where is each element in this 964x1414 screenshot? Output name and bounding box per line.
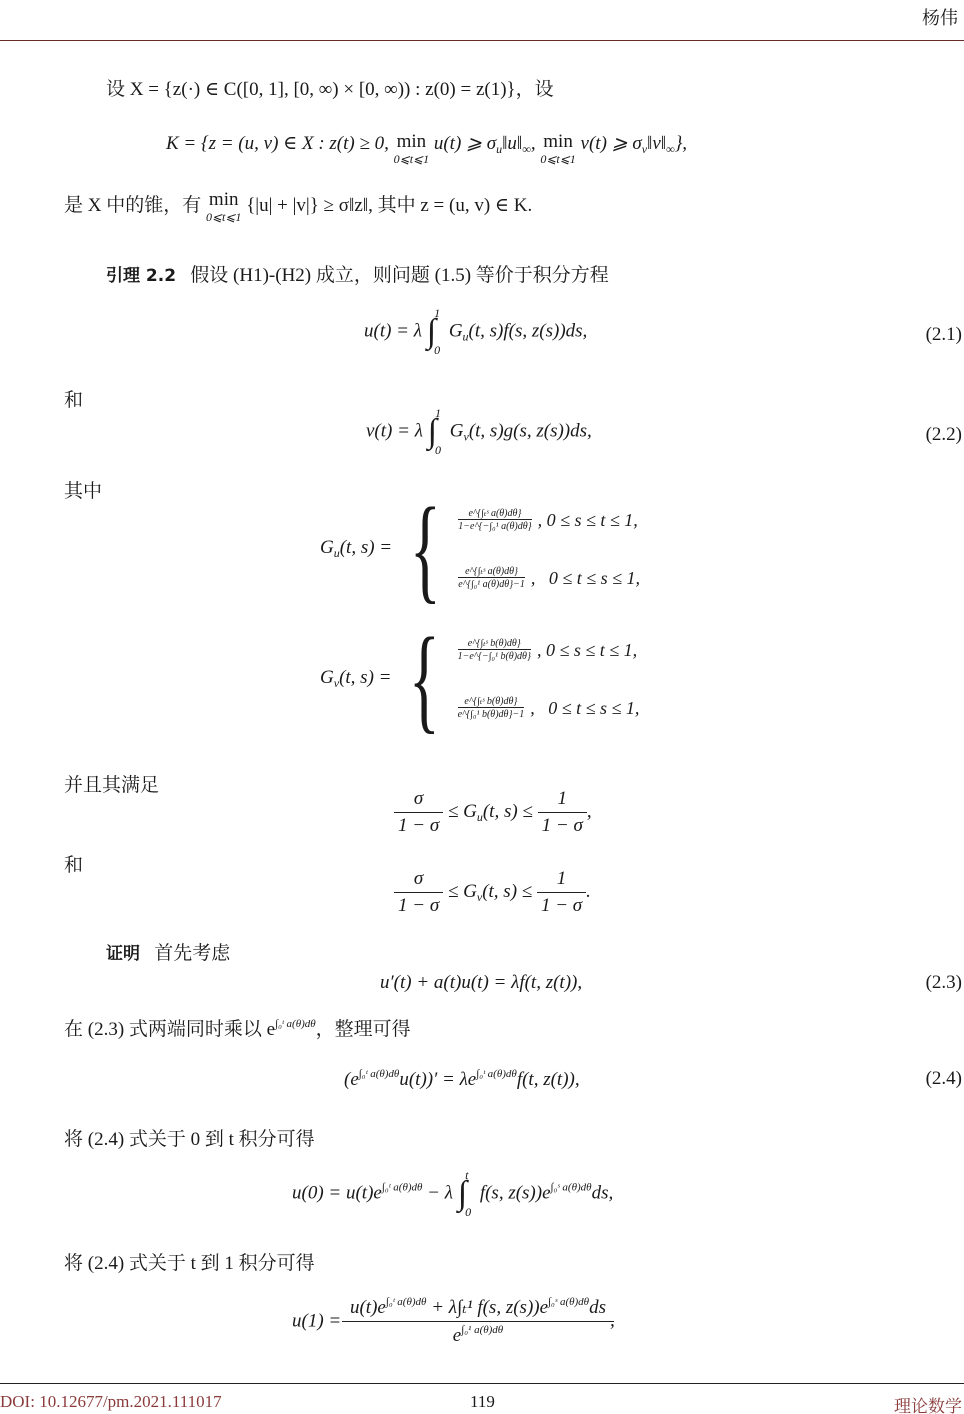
text-where: 其中: [64, 476, 102, 503]
equation-bound-v: σ1 − σ ≤ Gv(t, s) ≤ 11 − σ.: [394, 868, 591, 917]
min-operator: min 0⩽t⩽1: [206, 190, 241, 223]
case-row: e^{∫ₜˢ b(θ)dθ}1−e^{−∫₀¹ b(θ)dθ} , 0 ≤ s …: [458, 638, 640, 662]
paragraph-cone: 是 X 中的锥，有 min 0⩽t⩽1 {|u| + |v|} ≥ σ‖z‖, …: [64, 190, 532, 223]
proof-statement: 证明 首先考虑: [106, 938, 230, 965]
text-satisfies: 并且其满足: [64, 770, 159, 797]
lemma-statement: 引理 2.2 假设 (H1)-(H2) 成立，则问题 (1.5) 等价于积分方程: [106, 260, 609, 287]
equation-u1: u(1) = u(t)e∫₀ᵗ a(θ)dθ + λ∫ₜ¹ f(s, z(s))…: [292, 1296, 615, 1347]
left-brace: {: [410, 490, 441, 608]
text-and: 和: [64, 850, 83, 877]
proof-label: 证明: [106, 944, 140, 964]
min-operator: min 0⩽t⩽1: [540, 132, 575, 165]
equation-cone-definition: K = {z = (u, v) ∈ X : z(t) ≥ 0, min 0⩽t⩽…: [166, 132, 687, 165]
footer-journal: 理论数学: [894, 1392, 962, 1414]
equation-bound-u: σ1 − σ ≤ Gu(t, s) ≤ 11 − σ,: [394, 788, 592, 837]
equation-2-1: u(t) = λ ∫10 Gu(t, s)f(s, z(s))ds,: [364, 306, 587, 358]
equation-number: (2.1): [926, 324, 962, 346]
paragraph-multiply: 在 (2.3) 式两端同时乘以 e∫₀ᵗ a(θ)dθ，整理可得: [64, 1014, 411, 1041]
page-number: 119: [470, 1392, 495, 1412]
case-row: e^{∫ₜˢ a(θ)dθ}e^{∫₀¹ a(θ)dθ}−1 , 0 ≤ t ≤…: [458, 566, 640, 590]
case-row: e^{∫ₜˢ b(θ)dθ}e^{∫₀¹ b(θ)dθ}−1 , 0 ≤ t ≤…: [458, 696, 640, 720]
paragraph-set-x: 设 X = {z(·) ∈ C([0, 1], [0, ∞) × [0, ∞))…: [106, 74, 554, 101]
header-rule: [0, 40, 964, 41]
min-operator: min 0⩽t⩽1: [394, 132, 429, 165]
footer-rule: [0, 1383, 964, 1384]
equation-number: (2.2): [926, 424, 962, 446]
left-brace: {: [409, 620, 440, 738]
equation-number: (2.3): [926, 972, 962, 994]
equation-number: (2.4): [926, 1068, 962, 1090]
equation-u0: u(0) = u(t)e∫₀ᵗ a(θ)dθ − λ ∫t0 f(s, z(s)…: [292, 1168, 613, 1220]
equation-2-2: v(t) = λ ∫10 Gv(t, s)g(s, z(s))ds,: [366, 406, 592, 458]
paragraph-integrate-t-1: 将 (2.4) 式关于 t 到 1 积分可得: [64, 1248, 315, 1275]
text-and: 和: [64, 385, 83, 412]
equation-2-4: (e∫₀ᵗ a(θ)dθu(t))′ = λe∫₀ᵗ a(θ)dθf(t, z(…: [344, 1068, 580, 1091]
footer-doi: DOI: 10.12677/pm.2021.111017: [0, 1392, 222, 1412]
cone-left: K = {z = (u, v) ∈ X : z(t) ≥ 0,: [166, 133, 389, 154]
case-row: e^{∫ₜˢ a(θ)dθ}1−e^{−∫₀¹ a(θ)dθ} , 0 ≤ s …: [458, 508, 640, 532]
equation-green-v: Gv(t, s) = { e^{∫ₜˢ b(θ)dθ}1−e^{−∫₀¹ b(θ…: [320, 620, 639, 738]
lemma-text: 假设 (H1)-(H2) 成立，则问题 (1.5) 等价于积分方程: [190, 265, 608, 286]
paragraph-integrate-0-t: 将 (2.4) 式关于 0 到 t 积分可得: [64, 1124, 315, 1151]
lemma-label: 引理 2.2: [106, 266, 176, 286]
equation-2-3: u′(t) + a(t)u(t) = λf(t, z(t)),: [380, 972, 582, 994]
header-author: 杨伟: [922, 4, 958, 30]
equation-green-u: Gu(t, s) = { e^{∫ₜˢ a(θ)dθ}1−e^{−∫₀¹ a(θ…: [320, 490, 640, 608]
